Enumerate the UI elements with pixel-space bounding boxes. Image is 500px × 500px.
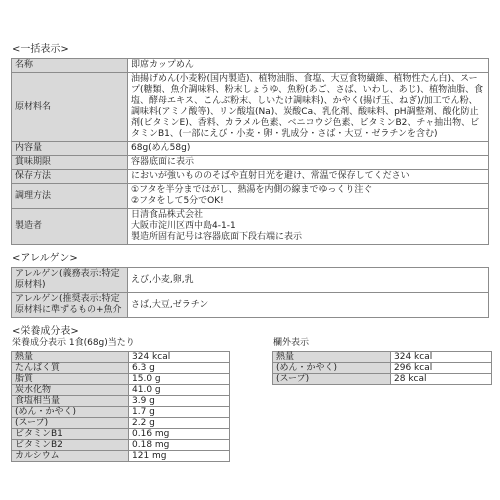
nutrient-value: 296 kcal — [391, 363, 492, 374]
nutrition-section-heading: <栄養成分表> — [12, 326, 500, 337]
table-row: 炭水化物 41.0 g — [12, 385, 230, 396]
field-value: 油揚げめん(小麦粉(国内製造)、植物油脂、食塩、大豆食物繊維、植物性たん白)、ス… — [128, 73, 489, 142]
nutrient-value: 6.3 g — [129, 363, 230, 374]
product-label-sheet: <一括表示> 名称 即席カップめん 原材料名 油揚げめん(小麦粉(国内製造)、植… — [0, 0, 500, 500]
nutrient-value: 0.16 mg — [129, 429, 230, 440]
field-label: 保存方法 — [12, 170, 128, 184]
allergen-section-heading: <アレルゲン> — [12, 253, 500, 264]
nutrient-label: 熱量 — [12, 352, 129, 363]
field-value: ①フタを半分まではがし、熱湯を内側の線までゆっくり注ぐ ②フタをして5分でOK! — [128, 184, 489, 209]
table-row: 食塩相当量 3.9 g — [12, 396, 230, 407]
allergen-table: アレルゲン(義務表示:特定原材料) えび,小麦,卵,乳 アレルゲン(推奨表示:特… — [11, 267, 489, 318]
table-row: (めん・かやく) 1.7 g — [12, 407, 230, 418]
margin-note-block: 欄外表示 熱量 324 kcal (めん・かやく) 296 kcal (スープ)… — [272, 338, 492, 385]
nutrient-label: (スープ) — [273, 374, 391, 385]
field-value: えび,小麦,卵,乳 — [128, 268, 489, 293]
table-row: 製造者 日清食品株式会社 大阪市淀川区西中島4-1-1 製造所固有記号は容器底面… — [12, 209, 489, 245]
field-value: 容器底面に表示 — [128, 156, 489, 170]
table-row: 原材料名 油揚げめん(小麦粉(国内製造)、植物油脂、食塩、大豆食物繊維、植物性た… — [12, 73, 489, 142]
table-row: 熱量 324 kcal — [273, 352, 492, 363]
table-row: 賞味期限 容器底面に表示 — [12, 156, 489, 170]
field-value: さば,大豆,ゼラチン — [128, 293, 489, 318]
table-row: (めん・かやく) 296 kcal — [273, 363, 492, 374]
nutrient-label: (スープ) — [12, 418, 129, 429]
nutrition-facts-table: 熱量 324 kcal たんぱく質 6.3 g 脂質 15.0 g 炭水化物 4… — [11, 351, 230, 462]
field-label: アレルゲン(義務表示:特定原材料) — [12, 268, 128, 293]
nutrient-value: 41.0 g — [129, 385, 230, 396]
field-value: 日清食品株式会社 大阪市淀川区西中島4-1-1 製造所固有記号は容器底面下段右端… — [128, 209, 489, 245]
nutrient-value: 15.0 g — [129, 374, 230, 385]
table-row: 保存方法 においが強いもののそばや直射日光を避け、常温で保存してください — [12, 170, 489, 184]
field-label: アレルゲン(推奨表示:特定原材料に準ずるもの+魚介 — [12, 293, 128, 318]
field-label: 製造者 — [12, 209, 128, 245]
field-label: 名称 — [12, 59, 128, 73]
nutrient-value: 0.18 mg — [129, 440, 230, 451]
field-value: 即席カップめん — [128, 59, 489, 73]
nutrient-label: ビタミンB2 — [12, 440, 129, 451]
field-label: 原材料名 — [12, 73, 128, 142]
table-row: 熱量 324 kcal — [12, 352, 230, 363]
nutrient-value: 324 kcal — [391, 352, 492, 363]
table-row: ビタミンB1 0.16 mg — [12, 429, 230, 440]
nutrient-value: 28 kcal — [391, 374, 492, 385]
nutrient-label: 炭水化物 — [12, 385, 129, 396]
field-label: 内容量 — [12, 142, 128, 156]
field-label: 調理方法 — [12, 184, 128, 209]
nutrient-label: 脂質 — [12, 374, 129, 385]
field-value: 68g(めん58g) — [128, 142, 489, 156]
table-row: ビタミンB2 0.18 mg — [12, 440, 230, 451]
table-row: 調理方法 ①フタを半分まではがし、熱湯を内側の線までゆっくり注ぐ ②フタをして5… — [12, 184, 489, 209]
table-row: たんぱく質 6.3 g — [12, 363, 230, 374]
table-row: (スープ) 28 kcal — [273, 374, 492, 385]
nutrient-label: たんぱく質 — [12, 363, 129, 374]
table-row: (スープ) 2.2 g — [12, 418, 230, 429]
batch-section-heading: <一括表示> — [12, 44, 500, 55]
nutrition-facts-block: 栄養成分表示 1食(68g)当たり 熱量 324 kcal たんぱく質 6.3 … — [11, 338, 230, 462]
table-row: 内容量 68g(めん58g) — [12, 142, 489, 156]
table-row: 脂質 15.0 g — [12, 374, 230, 385]
table-row: カルシウム 121 mg — [12, 451, 230, 462]
margin-note-caption: 欄外表示 — [273, 338, 492, 349]
nutrient-label: カルシウム — [12, 451, 129, 462]
batch-info-table: 名称 即席カップめん 原材料名 油揚げめん(小麦粉(国内製造)、植物油脂、食塩、… — [11, 58, 489, 245]
margin-note-table: 熱量 324 kcal (めん・かやく) 296 kcal (スープ) 28 k… — [272, 351, 492, 385]
table-row: アレルゲン(義務表示:特定原材料) えび,小麦,卵,乳 — [12, 268, 489, 293]
nutrient-value: 1.7 g — [129, 407, 230, 418]
nutrient-value: 121 mg — [129, 451, 230, 462]
nutrient-label: (めん・かやく) — [12, 407, 129, 418]
nutrient-value: 3.9 g — [129, 396, 230, 407]
nutrient-value: 324 kcal — [129, 352, 230, 363]
field-value: においが強いもののそばや直射日光を避け、常温で保存してください — [128, 170, 489, 184]
nutrient-label: (めん・かやく) — [273, 363, 391, 374]
nutrient-label: 食塩相当量 — [12, 396, 129, 407]
table-row: アレルゲン(推奨表示:特定原材料に準ずるもの+魚介 さば,大豆,ゼラチン — [12, 293, 489, 318]
nutrient-label: ビタミンB1 — [12, 429, 129, 440]
nutrient-value: 2.2 g — [129, 418, 230, 429]
field-label: 賞味期限 — [12, 156, 128, 170]
nutrition-table-caption: 栄養成分表示 1食(68g)当たり — [12, 338, 230, 349]
nutrient-label: 熱量 — [273, 352, 391, 363]
table-row: 名称 即席カップめん — [12, 59, 489, 73]
